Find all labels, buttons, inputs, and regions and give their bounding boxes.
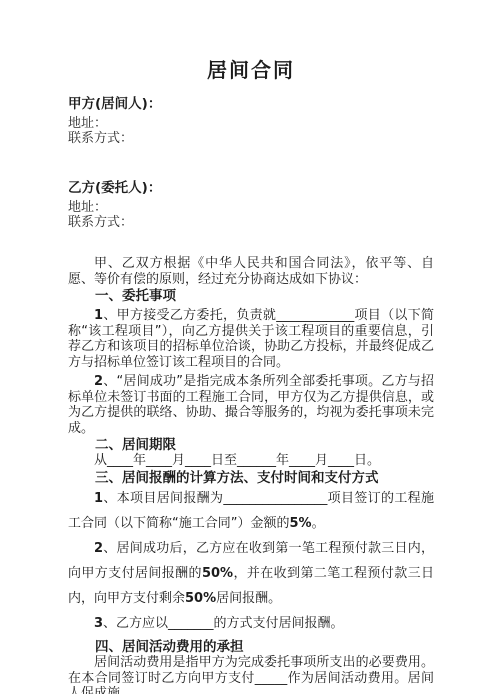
section-1-item-1: 1、甲方接受乙方委托，负责就____________项目（以下简称“该工程项目”…: [68, 308, 434, 370]
section-2-term-blanks: 从____年____月____日至______年____月____日。: [68, 453, 434, 468]
section-1-item-2: 2、“居间成功”是指完成本条所列全部委托事项。乙方与招标单位未签订书面的工程施工…: [68, 374, 434, 436]
section-4-item-1: 居间活动费用是指甲方为完成委托事项所支出的必要费用。在本合同签订时乙方向甲方支付…: [68, 655, 434, 694]
section-3-heading: 三、居间报酬的计算方法、支付时间和支付方式: [68, 470, 434, 486]
party-a-label: 甲方(居间人)：: [68, 96, 434, 112]
party-b-block: 乙方(委托人)： 地址： 联系方式：: [68, 180, 434, 230]
party-b-label: 乙方(委托人)：: [68, 180, 434, 196]
contract-page: 居间合同 甲方(居间人)： 地址： 联系方式： 乙方(委托人)： 地址： 联系方…: [0, 0, 500, 694]
section-2-intermediary-term: 二、居间期限 从____年____月____日至______年____月____…: [68, 437, 434, 468]
contract-preamble: 甲、乙双方根据《中华人民共和国合同法》，依平等、自愿、等价有偿的原则，经过充分协…: [68, 256, 434, 287]
section-1-heading: 一、委托事项: [68, 288, 434, 304]
section-1-entrusted-matters: 一、委托事项 1、甲方接受乙方委托，负责就____________项目（以下简称…: [68, 288, 434, 436]
party-b-contact-label: 联系方式：: [68, 215, 434, 230]
document-title: 居间合同: [68, 56, 434, 84]
party-a-block: 甲方(居间人)： 地址： 联系方式：: [68, 96, 434, 146]
section-3-item-1: 1、本项目居间报酬为________________项目签订的工程施工合同（以下…: [68, 486, 434, 536]
party-a-contact-label: 联系方式：: [68, 131, 434, 146]
party-b-address-label: 地址：: [68, 200, 434, 215]
section-2-heading: 二、居间期限: [68, 437, 434, 453]
section-4-heading: 四、居间活动费用的承担: [68, 639, 434, 655]
party-a-address-label: 地址：: [68, 116, 434, 131]
section-3-item-3: 3、乙方应以_______的方式支付居间报酬。: [68, 611, 434, 636]
section-3-item-2: 2、居间成功后，乙方应在收到第一笔工程预付款三日内，向甲方支付居间报酬的50%，…: [68, 536, 434, 611]
section-4-activity-costs: 四、居间活动费用的承担 居间活动费用是指甲方为完成委托事项所支出的必要费用。在本…: [68, 639, 434, 694]
section-3-remuneration: 三、居间报酬的计算方法、支付时间和支付方式 1、本项目居间报酬为________…: [68, 470, 434, 636]
